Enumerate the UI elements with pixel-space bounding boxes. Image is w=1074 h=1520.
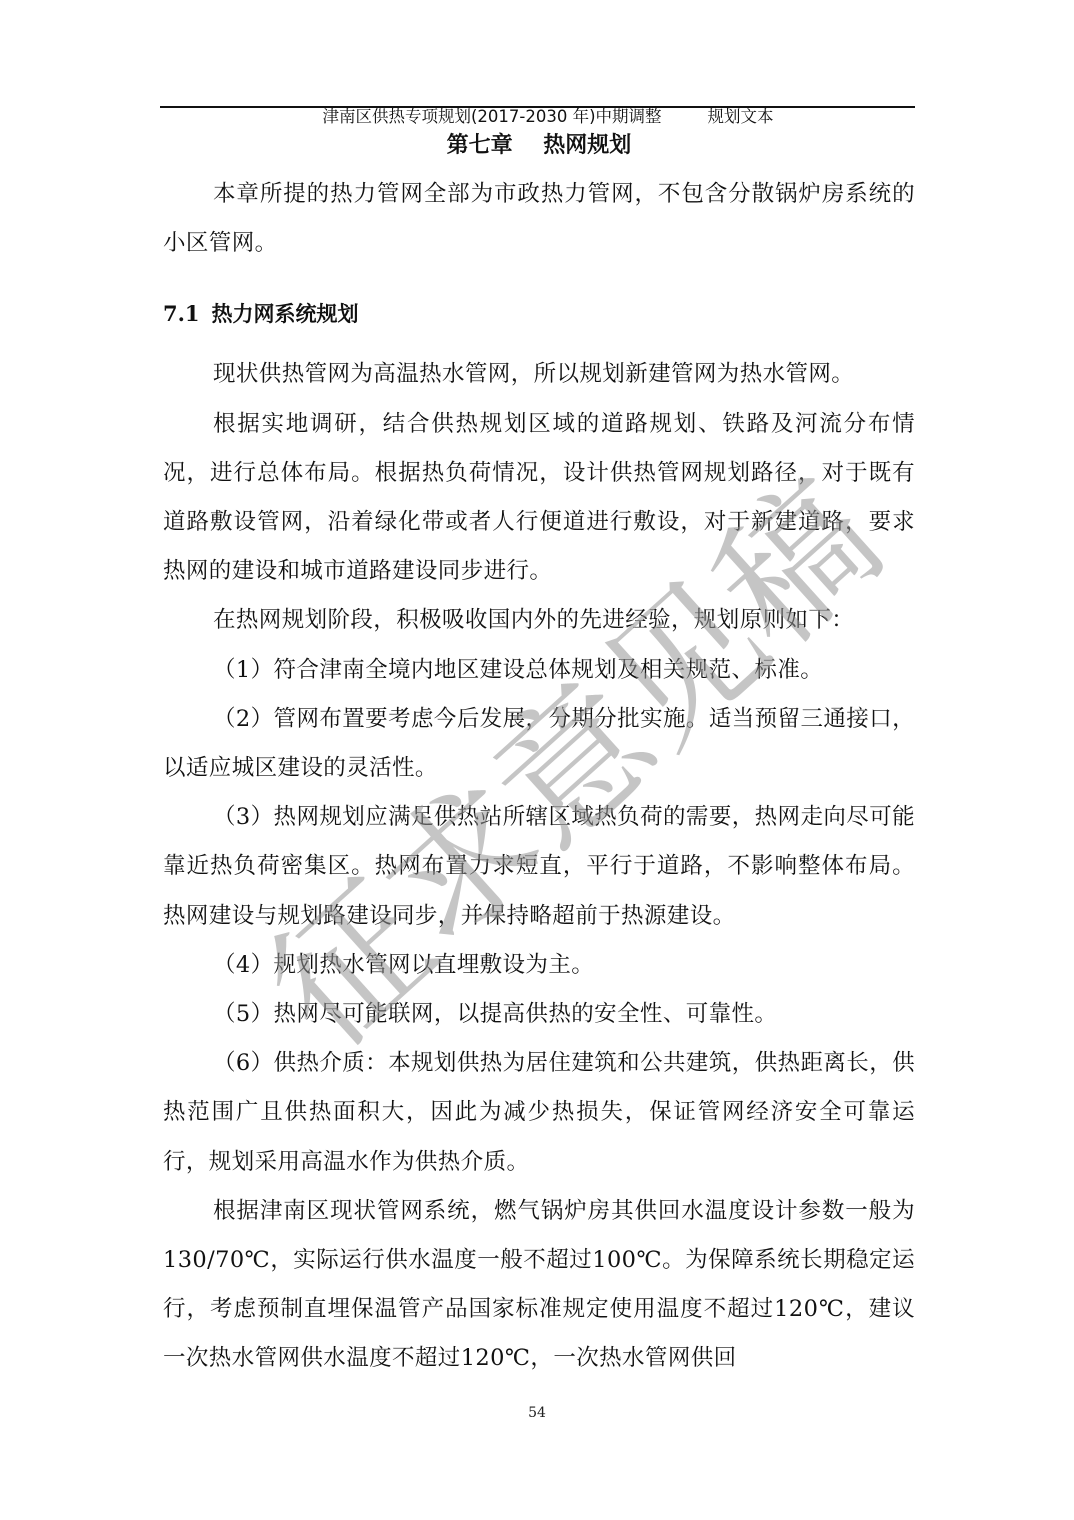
- document-body: 第七章 热网规划 本章所提的热力管网全部为市政热力管网，不包含分散锅炉房系统的小…: [163, 122, 915, 1384]
- principle-item: （3）热网规划应满足供热站所辖区域热负荷的需要，热网走向尽可能靠近热负荷密集区。…: [163, 793, 915, 941]
- document-page: 津南区供热专项规划(2017-2030 年)中期调整规划文本 第七章 热网规划 …: [0, 0, 1074, 1520]
- principle-item: （4）规划热水管网以直埋敷设为主。: [163, 941, 915, 990]
- section-heading: 7.1热力网系统规划: [163, 290, 915, 338]
- paragraph: 根据津南区现状管网系统，燃气锅炉房其供回水温度设计参数一般为130/70℃，实际…: [163, 1187, 915, 1384]
- section-title: 热力网系统规划: [212, 302, 359, 326]
- principle-item: （1）符合津南全境内地区建设总体规划及相关规范、标准。: [163, 646, 915, 695]
- section-number: 7.1: [163, 301, 200, 326]
- principle-item: （5）热网尽可能联网，以提高供热的安全性、可靠性。: [163, 990, 915, 1039]
- running-header: 津南区供热专项规划(2017-2030 年)中期调整规划文本: [160, 78, 915, 108]
- page-number: 54: [0, 1405, 1074, 1421]
- principle-item: （6）供热介质：本规划供热为居住建筑和公共建筑，供热距离长，供热范围广且供热面积…: [163, 1039, 915, 1187]
- intro-paragraph: 本章所提的热力管网全部为市政热力管网，不包含分散锅炉房系统的小区管网。: [163, 170, 915, 268]
- chapter-title: 第七章 热网规划: [163, 122, 915, 170]
- principle-item: （2）管网布置要考虑今后发展，分期分批实施。适当预留三通接口，以适应城区建设的灵…: [163, 695, 915, 793]
- paragraph: 在热网规划阶段，积极吸收国内外的先进经验，规划原则如下：: [163, 596, 915, 645]
- paragraph: 现状供热管网为高温热水管网，所以规划新建管网为热水管网。: [163, 350, 915, 399]
- paragraph: 根据实地调研，结合供热规划区域的道路规划、铁路及河流分布情况，进行总体布局。根据…: [163, 400, 915, 597]
